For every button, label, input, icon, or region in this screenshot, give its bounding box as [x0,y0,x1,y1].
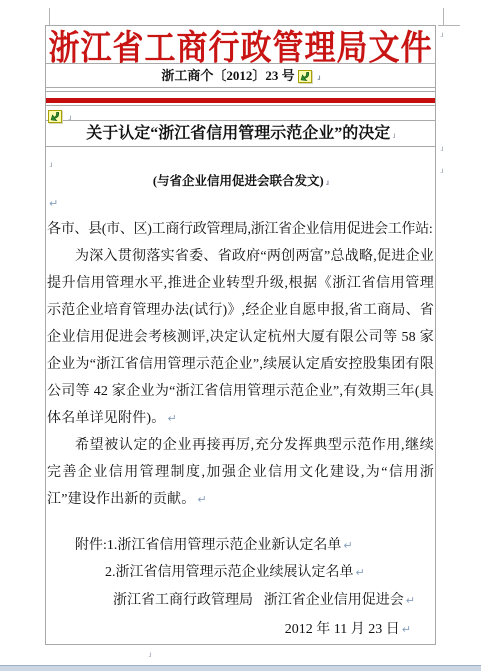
hidden-format-mark: .ı [440,144,442,153]
subtitle-line: (与省企业信用促进会联合发文).ı [47,173,434,191]
attachment-text: 附件:1.浙江省信用管理示范企业新认定名单 [75,538,341,553]
document-title: 关于认定“浙江省信用管理示范企业”的决定 [86,125,390,142]
attachment-text: 2.浙江省信用管理示范企业续展认定名单 [105,565,354,580]
paragraph-return-mark: ↵ [343,539,352,552]
hidden-format-mark: .ı [440,30,442,39]
paragraph-return-mark: ↵ [49,197,434,211]
masthead-title: 浙江省工商行政管理局文件 [49,26,433,64]
paragraph-return-mark: ↵ [356,566,365,579]
body-paragraph: 为深入贯彻落实省委、省政府“两创两富”总战略,促进企业提升信用管理水平,推进企业… [47,243,434,432]
salutation: 各市、县(市、区)工商行政管理局,浙江省企业信用促进会工作站: [47,216,434,243]
paragraph-return-mark: ↵ [406,594,415,607]
margin-mark-top-left [49,8,50,26]
paragraph-return-mark: ↵ [402,623,411,636]
doc-number-row: 浙工商个〔2012〕23 号 .ı [46,64,435,88]
title-row: 关于认定“浙江省信用管理示范企业”的决定.ı [46,121,435,147]
hidden-format-mark: .ı [392,131,394,140]
document-page: 浙江省工商行政管理局文件 浙工商个〔2012〕23 号 .ı .ı 关于认定“浙… [0,0,481,671]
paragraph-text: 希望被认定的企业再接再厉,充分发挥典型示范作用,继续完善企业信用管理制度,加强企… [47,438,434,507]
attachment-line-1: 附件:1.浙江省信用管理示范企业新认定名单↵ [47,532,434,559]
signature-left: 浙江省工商行政管理局 [113,587,253,615]
bottom-taskbar-edge[interactable] [0,665,481,671]
doc-number: 浙工商个〔2012〕23 号 [161,68,294,83]
paragraph-return-mark: ↵ [197,493,206,506]
subtitle-text: (与省企业信用促进会联合发文) [153,174,324,188]
signature-row: 浙江省工商行政管理局 浙江省企业信用促进会↵ [47,587,434,615]
document-frame: 浙江省工商行政管理局文件 浙工商个〔2012〕23 号 .ı .ı 关于认定“浙… [45,25,436,645]
hidden-format-mark: .ı [317,73,319,82]
hidden-format-mark: .ı [148,650,150,659]
document-date: 2012 年 11 月 23 日↵ [47,615,434,644]
ole-object-icon[interactable] [298,70,312,83]
margin-mark-top-right [443,8,444,26]
body-paragraph: 希望被认定的企业再接再厉,充分发挥典型示范作用,继续完善企业信用管理制度,加强企… [47,432,434,513]
hidden-format-mark: .ı [440,166,442,175]
red-rule-row [46,92,435,106]
date-text: 2012 年 11 月 23 日 [285,622,400,637]
document-body: .ı (与省企业信用促进会联合发文).ı ↵ 各市、县(市、区)工商行政管理局,… [46,147,435,644]
margin-mark-top-right-h [438,25,460,26]
masthead: 浙江省工商行政管理局文件 [46,26,435,64]
hidden-format-mark: .ı [49,159,434,171]
hidden-format-mark: .ı [326,178,328,187]
red-separator-line [46,98,435,103]
paragraph-return-mark: ↵ [167,412,176,425]
attachment-line-2: 2.浙江省信用管理示范企业续展认定名单↵ [47,559,434,586]
signature-right-wrap: 浙江省企业信用促进会↵ [264,587,415,615]
signature-right: 浙江省企业信用促进会 [264,593,404,608]
ole-icon-row: .ı [46,106,435,121]
paragraph-text: 为深入贯彻落实省委、省政府“两创两富”总战略,促进企业提升信用管理水平,推进企业… [47,249,434,426]
